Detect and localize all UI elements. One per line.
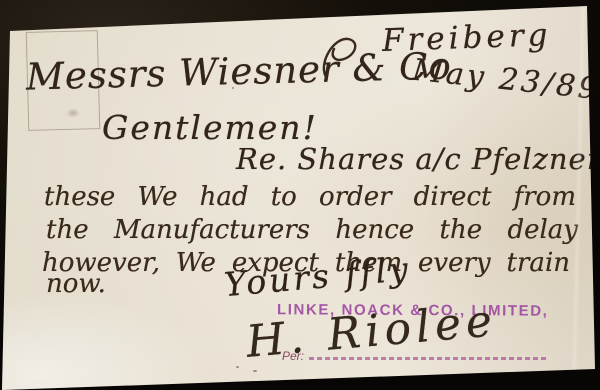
paper-speck — [232, 87, 234, 89]
paper-speck — [253, 370, 257, 372]
per-signature-row: Per: — [282, 350, 547, 362]
body-line: these We had to order direct from — [44, 184, 576, 210]
salutation-line: Gentlemen! — [102, 111, 318, 144]
per-label: Per: — [282, 350, 304, 362]
paper-speck — [236, 366, 239, 368]
dateline-date: May 23/89. — [411, 56, 600, 107]
ink-flourish-icon — [320, 33, 362, 83]
per-dotted-line — [309, 357, 547, 360]
postcard: Messrs Wiesner & Co Freiberg May 23/89. … — [0, 0, 600, 390]
body-line: the Manufacturers hence the delay — [46, 217, 578, 243]
ink-smudge — [66, 108, 80, 118]
photo-background: Messrs Wiesner & Co Freiberg May 23/89. … — [0, 0, 600, 390]
dateline-place: Freiberg — [382, 20, 552, 57]
body-line: now. — [46, 271, 106, 297]
subject-line: Re. Shares a/c Pfelzner: — [236, 145, 600, 174]
